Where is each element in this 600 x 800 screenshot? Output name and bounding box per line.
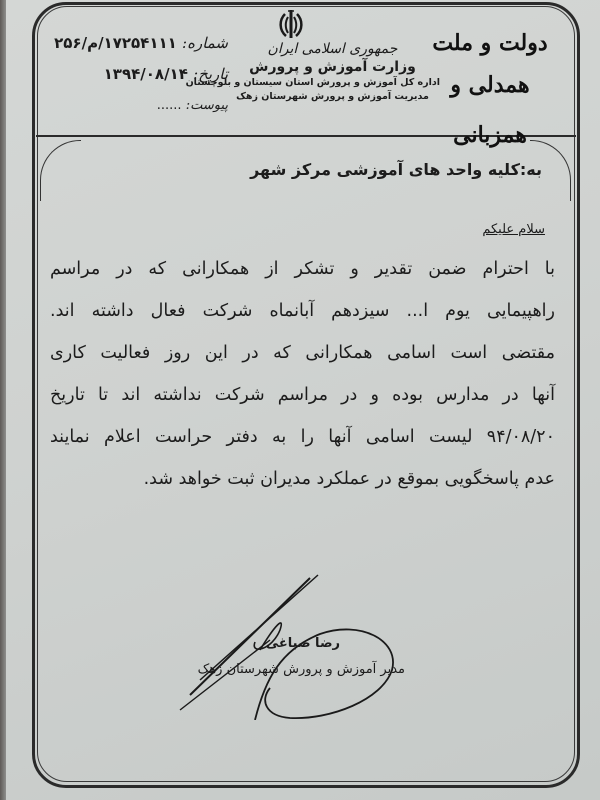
ministry-title: وزارت آموزش و پرورش: [225, 58, 440, 76]
body-line: آنها در مدارس بوده و در مراسم شرکت نداشت…: [50, 374, 555, 416]
letter-body: با احترام ضمن تقدیر و تشکر از همکارانی ک…: [50, 248, 555, 500]
date-value: ۱۳۹۴/۰۸/۱۴: [104, 65, 188, 83]
signer-name: رضا صباغی: [266, 636, 340, 651]
attachment-label: پیوست:: [186, 98, 228, 113]
reference-number: ۱۷۲۵۴۱۱۱/م/۲۵۶: [54, 34, 177, 52]
slogan-line-1: دولت و ملت: [420, 26, 560, 60]
reference-label: شماره:: [182, 34, 228, 52]
department-title: اداره کل آموزش و پرورش استان سیستان و بل…: [225, 76, 440, 90]
body-line: با احترام ضمن تقدیر و تشکر از همکارانی ک…: [50, 248, 555, 290]
signer-title: مدیر آموزش و پرورش شهرستان زهک: [198, 662, 405, 677]
reference-number-row: شماره: ۱۷۲۵۴۱۱۱/م/۲۵۶: [48, 28, 228, 59]
iran-emblem-icon: [276, 8, 306, 40]
reference-block: شماره: ۱۷۲۵۴۱۱۱/م/۲۵۶ تاریخ: ۱۳۹۴/۰۸/۱۴ …: [48, 28, 228, 121]
body-line: راهپیمایی یوم ا... سیزدهم آبانماه شرکت ف…: [50, 290, 555, 332]
body-line: عدم پاسخگویی بموقع در عملکرد مدیران ثبت …: [50, 458, 555, 500]
letterhead: جمهوری اسلامی ایران وزارت آموزش و پرورش …: [225, 40, 440, 104]
slogan-line-2: همدلی و همزبانی: [420, 60, 560, 160]
slogan: دولت و ملت همدلی و همزبانی: [420, 26, 560, 160]
attachment-row: پیوست: ......: [48, 90, 228, 121]
greeting: سلام علیکم: [482, 222, 545, 237]
republic-title: جمهوری اسلامی ایران: [225, 40, 440, 58]
directorate-title: مدیریت آموزش و پرورش شهرستان زهک: [225, 90, 440, 104]
attachment-value: ......: [157, 98, 182, 113]
addressee: به:کلیه واحد های آموزشی مرکز شهر: [250, 160, 542, 179]
body-line: مقتضی است اسامی همکارانی که در این روز ف…: [50, 332, 555, 374]
body-line: ۹۴/۰۸/۲۰ لیست اسامی آنها را به دفتر حراس…: [50, 416, 555, 458]
